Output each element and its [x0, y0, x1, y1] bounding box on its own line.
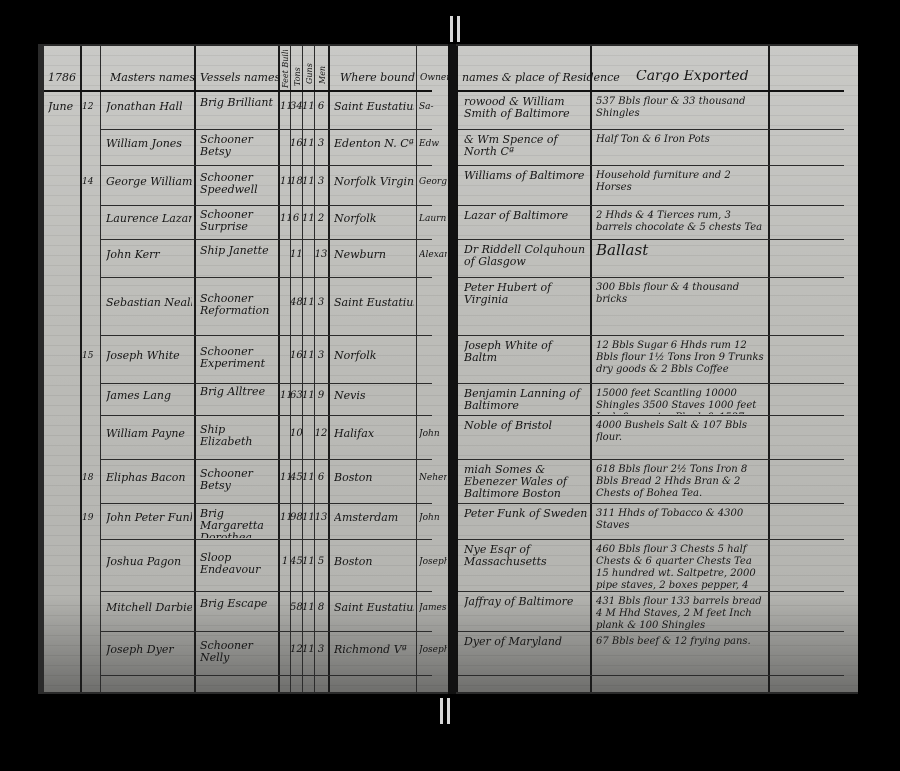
cell-master-name: Joseph White	[106, 350, 192, 362]
cell-feet: 11	[280, 390, 290, 402]
cell-guns: 11	[302, 297, 314, 309]
header-shipper: names & place of Residence	[462, 72, 620, 84]
cell-where-bound: Saint Eustatius	[334, 101, 414, 113]
cell-vessel-name: Schooner Betsy	[200, 468, 276, 506]
cell-shipper: Joseph White of Baltm	[464, 340, 588, 382]
header-masters-name: Masters names	[110, 72, 195, 84]
cell-cargo: 618 Bbls flour 2½ Tons Iron 8 Bbls Bread…	[596, 464, 766, 502]
cell-where-bound: Boston	[334, 472, 414, 484]
cell-guns: 11	[302, 602, 314, 614]
cell-shipper: miah Somes & Ebenezer Wales of Baltimore…	[464, 464, 588, 502]
cell-where-bound: Amsterdam	[334, 512, 414, 524]
row-rule	[458, 539, 844, 540]
rule-c4	[328, 46, 330, 692]
cell-where-bound: Norfolk	[334, 213, 414, 225]
cell-master-name: John Peter Funk	[106, 512, 192, 524]
film-marker-bottom-2	[447, 698, 450, 724]
cell-vessel-name: Ship Elizabeth	[200, 424, 276, 462]
cell-tons: 45	[290, 556, 302, 568]
cell-men: 9	[314, 390, 328, 402]
cell-cargo: 300 Bbls flour & 4 thousand bricks	[596, 282, 766, 334]
row-rule	[458, 415, 844, 416]
cell-master-name: William Jones	[106, 138, 192, 150]
cell-tons: 45	[290, 472, 302, 484]
row-rule	[100, 129, 432, 130]
row-rule	[458, 239, 844, 240]
cell-shipper: Dr Riddell Colquhoun of Glasgow	[464, 244, 588, 276]
rule-vessel	[278, 46, 280, 692]
row-rule	[458, 165, 844, 166]
cell-master-name: Jonathan Hall	[106, 101, 192, 113]
cell-shipper: Noble of Bristol	[464, 420, 588, 458]
header-rule	[44, 90, 432, 92]
header-guns: Guns	[304, 54, 316, 84]
cell-master-name: Joshua Pagon	[106, 556, 192, 568]
rule-day	[100, 46, 101, 692]
cell-guns: 11	[302, 176, 314, 188]
row-rule	[100, 277, 432, 278]
header-where-bound: Where bound	[340, 72, 415, 84]
cell-master-name: James Lang	[106, 390, 192, 402]
cell-vessel-name: Schooner Reformation	[200, 293, 276, 345]
header-rule	[458, 90, 844, 92]
cell-tons: 12	[290, 644, 302, 656]
row-rule	[458, 129, 844, 130]
cell-tons: 34	[290, 101, 302, 113]
row-rule	[458, 675, 844, 676]
cell-tons: 110	[290, 249, 302, 261]
header-vessels-name: Vessels names	[200, 72, 280, 84]
rule-master	[194, 46, 196, 692]
cell-month: June	[48, 101, 78, 113]
row-rule	[458, 503, 844, 504]
cell-where-bound: Nevis	[334, 390, 414, 402]
cell-vessel-name: Sloop Endeavour	[200, 552, 276, 598]
cell-vessel-name: Schooner Betsy	[200, 134, 276, 164]
header-cargo-exported: Cargo Exported	[636, 70, 749, 82]
cell-men: 6	[314, 101, 328, 113]
cell-cargo: Ballast	[596, 244, 766, 276]
cell-men: 3	[314, 350, 328, 362]
cell-shipper: Benjamin Lanning of Baltimore	[464, 388, 588, 414]
row-rule	[100, 165, 432, 166]
cell-vessel-name: Brig Margaretta Dorothea	[200, 508, 276, 538]
rule-cargo	[768, 46, 770, 692]
cell-men: 3	[314, 176, 328, 188]
row-rule	[458, 383, 844, 384]
row-rule	[458, 459, 844, 460]
cell-cargo: 431 Bbls flour 133 barrels bread 4 M Hhd…	[596, 596, 766, 630]
cell-feet: 11	[280, 213, 290, 225]
row-rule	[100, 539, 432, 540]
cell-shipper: Nye Esqr of Massachusetts	[464, 544, 588, 590]
cell-vessel-name: Brig Alltree	[200, 386, 276, 412]
film-marker-bottom-1	[440, 698, 443, 724]
ledger-book: 1786 Masters names Vessels names Feet Bu…	[38, 44, 858, 694]
cell-where-bound: Norfolk	[334, 350, 414, 362]
cell-men: 12	[314, 428, 328, 440]
cell-shipper: Jaffray of Baltimore	[464, 596, 588, 630]
cell-guns: 11	[302, 390, 314, 402]
row-rule	[458, 277, 844, 278]
cell-master-name: Sebastian Neall	[106, 297, 192, 309]
row-rule	[458, 591, 844, 592]
cell-guns: 11	[302, 101, 314, 113]
cell-owner: Edw	[419, 138, 447, 150]
cell-cargo: Household furniture and 2 Horses	[596, 170, 766, 204]
header-men: Men	[317, 54, 329, 84]
cell-feet: 11	[280, 472, 290, 484]
cell-where-bound: Halifax	[334, 428, 414, 440]
cell-day: 15	[82, 350, 98, 362]
cell-guns: 11	[302, 350, 314, 362]
cell-tons: 48	[290, 297, 302, 309]
cell-cargo: 537 Bbls flour & 33 thousand Shingles	[596, 96, 766, 128]
cell-men: 3	[314, 138, 328, 150]
cell-feet: 11	[280, 512, 290, 524]
cell-cargo: Half Ton & 6 Iron Pots	[596, 134, 766, 164]
cell-day: 19	[82, 512, 98, 524]
cell-tons: 58	[290, 602, 302, 614]
cell-where-bound: Saint Eustatius	[334, 602, 414, 614]
cell-shipper: Dyer of Maryland	[464, 636, 588, 674]
cell-where-bound: Boston	[334, 556, 414, 568]
right-page: names & place of Residence Cargo Exporte…	[456, 46, 858, 692]
cell-owner: John	[419, 512, 447, 524]
cell-tons: 63	[290, 390, 302, 402]
cell-guns: 11	[302, 213, 314, 225]
cell-day: 18	[82, 472, 98, 484]
rule-shipper	[590, 46, 592, 692]
cell-owner: George	[419, 176, 447, 188]
left-page: 1786 Masters names Vessels names Feet Bu…	[44, 46, 450, 692]
cell-owner: Joseph	[419, 556, 447, 568]
film-marker-top-1	[450, 16, 453, 42]
cell-guns: 11	[302, 512, 314, 524]
cell-men: 5	[314, 556, 328, 568]
rule-bound	[416, 46, 417, 692]
cell-feet: 11	[280, 101, 290, 113]
cell-men: 13	[314, 512, 328, 524]
cell-vessel-name: Ship Janette	[200, 245, 276, 277]
cell-shipper: rowood & William Smith of Baltimore	[464, 96, 588, 128]
cell-men: 3	[314, 297, 328, 309]
row-rule	[100, 239, 432, 240]
cell-shipper: Peter Hubert of Virginia	[464, 282, 588, 334]
cell-master-name: George Williams	[106, 176, 192, 188]
cell-owner: James	[419, 602, 447, 614]
cell-guns: 11	[302, 138, 314, 150]
cell-owner: Alexan	[419, 249, 447, 261]
cell-master-name: John Kerr	[106, 249, 192, 261]
cell-owner: Laurn	[419, 213, 447, 225]
cell-master-name: Laurence Lazar	[106, 213, 192, 225]
cell-guns: 11	[302, 644, 314, 656]
cell-vessel-name: Schooner Experiment	[200, 346, 276, 388]
cell-shipper: Peter Funk of Sweden	[464, 508, 588, 538]
cell-men: 13	[314, 249, 328, 261]
row-rule	[458, 631, 844, 632]
cell-tons: 100	[290, 428, 302, 440]
cell-shipper: Lazar of Baltimore	[464, 210, 588, 238]
cell-owner: Nehem	[419, 472, 447, 484]
cell-vessel-name: Brig Brilliant	[200, 97, 276, 129]
cell-owner: John	[419, 428, 447, 440]
row-rule	[458, 205, 844, 206]
cell-men: 6	[314, 472, 328, 484]
cell-master-name: Eliphas Bacon	[106, 472, 192, 484]
cell-owner: Joseph	[419, 644, 447, 656]
cell-men: 8	[314, 602, 328, 614]
film-marker-top-2	[457, 16, 460, 42]
cell-where-bound: Norfolk Virginia	[334, 176, 414, 188]
cell-master-name: William Payne	[106, 428, 192, 440]
cell-owner: Sa-	[419, 101, 447, 113]
cell-where-bound: Saint Eustatius	[334, 297, 414, 309]
cell-where-bound: Richmond Vª	[334, 644, 414, 656]
cell-shipper: & Wm Spence of North Cª	[464, 134, 588, 164]
cell-cargo: 12 Bbls Sugar 6 Hhds rum 12 Bbls flour 1…	[596, 340, 766, 382]
cell-vessel-name: Schooner Surprise	[200, 209, 276, 237]
cell-master-name: Mitchell Darbiere	[106, 602, 192, 614]
cell-men: 3	[314, 644, 328, 656]
header-feet-built: Feet Built	[280, 50, 292, 88]
cell-guns: 11	[302, 472, 314, 484]
cell-vessel-name: Schooner Nelly	[200, 640, 276, 678]
header-owners: Owners	[420, 72, 450, 84]
cell-feet: 11	[280, 176, 290, 188]
cell-cargo: 4000 Bushels Salt & 107 Bbls flour.	[596, 420, 766, 458]
cell-tons: 18	[290, 176, 302, 188]
cell-men: 2	[314, 213, 328, 225]
cell-day: 12	[82, 101, 98, 113]
cell-where-bound: Edenton N. Cª	[334, 138, 414, 150]
header-tons: Tons	[292, 56, 304, 86]
cell-cargo: 67 Bbls beef & 12 frying pans.	[596, 636, 766, 674]
cell-cargo: 15000 feet Scantling 10000 Shingles 3500…	[596, 388, 766, 414]
cell-feet: 1	[280, 556, 290, 568]
cell-cargo: 460 Bbls flour 3 Chests 5 half Chests & …	[596, 544, 766, 590]
row-rule	[458, 335, 844, 336]
cell-vessel-name: Brig Escape	[200, 598, 276, 632]
cell-tons: 16	[290, 138, 302, 150]
cell-tons: 6	[290, 213, 302, 225]
cell-shipper: Williams of Baltimore	[464, 170, 588, 204]
cell-vessel-name: Schooner Speedwell	[200, 172, 276, 206]
row-rule	[100, 415, 432, 416]
cell-day: 14	[82, 176, 98, 188]
cell-cargo: 2 Hhds & 4 Tierces rum, 3 barrels chocol…	[596, 210, 766, 238]
cell-where-bound: Newburn	[334, 249, 414, 261]
cell-tons: 16	[290, 350, 302, 362]
cell-master-name: Joseph Dyer	[106, 644, 192, 656]
rule-month	[80, 46, 82, 692]
cell-cargo: 311 Hhds of Tobacco & 4300 Staves	[596, 508, 766, 538]
cell-guns: 11	[302, 556, 314, 568]
header-year: 1786	[48, 72, 76, 84]
cell-tons: 98	[290, 512, 302, 524]
